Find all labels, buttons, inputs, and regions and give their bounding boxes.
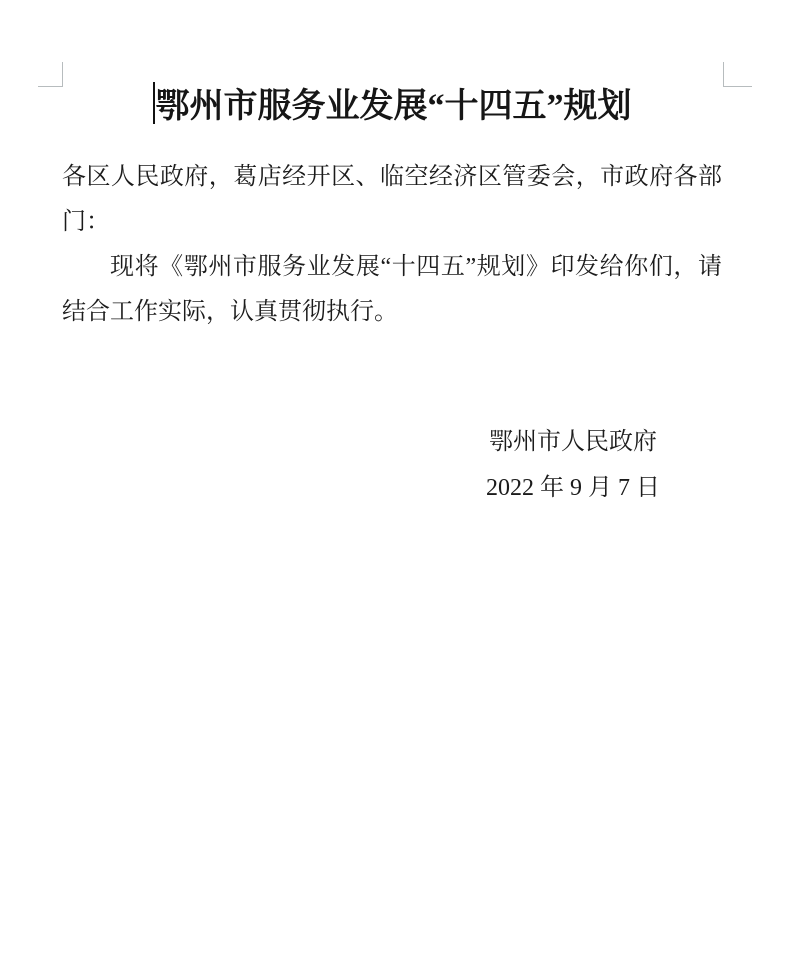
signature-date[interactable]: 2022 年 9 月 7 日 (486, 465, 660, 511)
body-paragraph[interactable]: 现将《鄂州市服务业发展“十四五”规划》印发给你们，请结合工作实际，认真贯彻执行。 (62, 245, 722, 335)
signature-block: 鄂州市人民政府 2022 年 9 月 7 日 (486, 419, 660, 511)
document-title[interactable]: 鄂州市服务业发展“十四五”规划 (62, 82, 722, 129)
salutation-paragraph[interactable]: 各区人民政府，葛店经开区、临空经济区管委会，市政府各部门： (62, 155, 722, 245)
text-caret (153, 82, 155, 124)
document-page: 鄂州市服务业发展“十四五”规划 各区人民政府，葛店经开区、临空经济区管委会，市政… (0, 0, 800, 965)
document-title-text[interactable]: 鄂州市服务业发展“十四五”规划 (156, 88, 632, 125)
margin-mark-top-left (38, 62, 63, 87)
signature-name[interactable]: 鄂州市人民政府 (486, 419, 660, 465)
document-content: 鄂州市服务业发展“十四五”规划 各区人民政府，葛店经开区、临空经济区管委会，市政… (62, 0, 722, 511)
margin-mark-top-right (723, 62, 752, 87)
